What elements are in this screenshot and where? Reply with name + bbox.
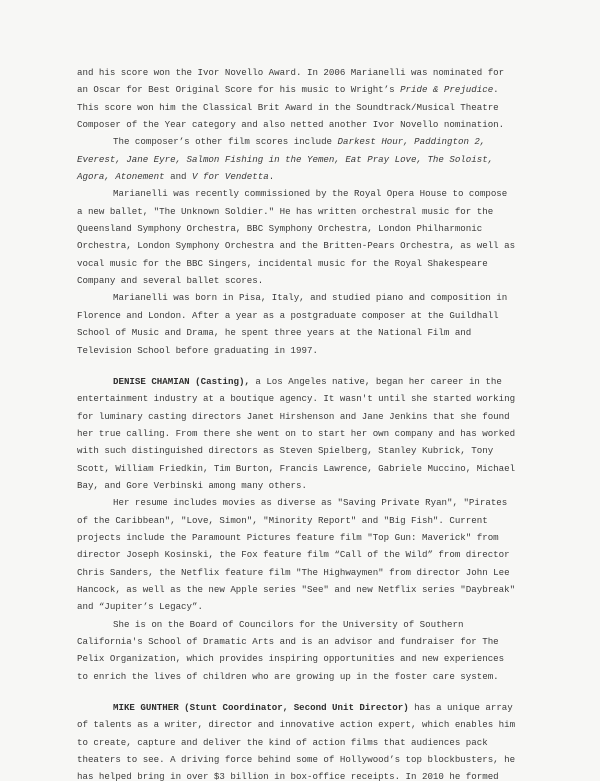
text-line: Marianelli was recently commissioned by … <box>77 185 537 202</box>
text-line: Everest, Jane Eyre, Salmon Fishing in th… <box>77 151 537 168</box>
text-run: and “Jupiter’s Legacy”. <box>77 601 203 612</box>
bold-name-heading: MIKE GUNTHER (Stunt Coordinator, Second … <box>113 702 409 713</box>
text-line: and “Jupiter’s Legacy”. <box>77 598 537 615</box>
text-run: her true calling. From there she went on… <box>77 428 515 439</box>
text-line: Orchestra, London Symphony Orchestra and… <box>77 237 537 254</box>
text-run: Television School before graduating in 1… <box>77 345 318 356</box>
text-line: Scott, William Friedkin, Tim Burton, Fra… <box>77 460 537 477</box>
text-run: a Los Angeles native, began her career i… <box>250 376 502 387</box>
text-run: . <box>493 84 498 95</box>
paragraph-gap <box>77 685 537 699</box>
text-run: and his score won the Ivor Novello Award… <box>77 67 504 78</box>
paragraph-chamian-resume: Her resume includes movies as diverse as… <box>77 494 537 615</box>
text-line: She is on the Board of Councilors for th… <box>77 616 537 633</box>
bold-name-heading: DENISE CHAMIAN (Casting), <box>113 376 250 387</box>
italic-title: V for Vendetta <box>192 171 269 182</box>
text-run: Composer of the Year category and also n… <box>77 119 504 130</box>
paragraph-marianelli-film-scores: The composer’s other film scores include… <box>77 133 537 185</box>
text-line: of the Caribbean", "Love, Simon", "Minor… <box>77 512 537 529</box>
text-line: School of Music and Drama, he spent thre… <box>77 324 537 341</box>
text-run: Bay, and Gore Verbinski among many other… <box>77 480 307 491</box>
text-line: a new ballet, "The Unknown Soldier." He … <box>77 203 537 220</box>
text-line: of talents as a writer, director and inn… <box>77 716 537 733</box>
text-line: DENISE CHAMIAN (Casting), a Los Angeles … <box>77 373 537 390</box>
text-run: . <box>269 171 274 182</box>
text-line: Pelix Organization, which provides inspi… <box>77 650 537 667</box>
text-run: to enrich the lives of children who are … <box>77 671 499 682</box>
text-line: to enrich the lives of children who are … <box>77 668 537 685</box>
scanned-document-page: and his score won the Ivor Novello Award… <box>0 0 600 781</box>
text-run: vocal music for the BBC Singers, inciden… <box>77 258 488 269</box>
paragraph-marianelli-awards: and his score won the Ivor Novello Award… <box>77 64 537 133</box>
italic-title: Darkest Hour, Paddington 2, <box>338 136 486 147</box>
text-line: Florence and London. After a year as a p… <box>77 307 537 324</box>
text-line: her true calling. From there she went on… <box>77 425 537 442</box>
text-line: projects include the Paramount Pictures … <box>77 529 537 546</box>
text-line: theaters to see. A driving force behind … <box>77 751 537 768</box>
text-run: Company and several ballet scores. <box>77 275 263 286</box>
text-run: a new ballet, "The Unknown Soldier." He … <box>77 206 493 217</box>
text-run: to create, capture and deliver the kind … <box>77 737 488 748</box>
italic-title: Everest, Jane Eyre, Salmon Fishing in th… <box>77 154 493 165</box>
text-run: has a unique array <box>409 702 513 713</box>
text-run: She is on the Board of Councilors for th… <box>113 619 463 630</box>
paragraph-chamian-boards: She is on the Board of Councilors for th… <box>77 616 537 685</box>
paragraph-gunther-intro: MIKE GUNTHER (Stunt Coordinator, Second … <box>77 699 537 781</box>
text-run: of talents as a writer, director and inn… <box>77 719 515 730</box>
text-line: Television School before graduating in 1… <box>77 342 537 359</box>
text-run: theaters to see. A driving force behind … <box>77 754 515 765</box>
document-body: and his score won the Ivor Novello Award… <box>77 64 537 781</box>
text-line: and his score won the Ivor Novello Award… <box>77 64 537 81</box>
text-line: Marianelli was born in Pisa, Italy, and … <box>77 289 537 306</box>
text-line: with such distinguished directors as Ste… <box>77 442 537 459</box>
text-line: This score won him the Classical Brit Aw… <box>77 99 537 116</box>
text-run: Her resume includes movies as diverse as… <box>113 497 507 508</box>
text-run: This score won him the Classical Brit Aw… <box>77 102 499 113</box>
text-line: Agora, Atonement and V for Vendetta. <box>77 168 537 185</box>
text-line: to create, capture and deliver the kind … <box>77 734 537 751</box>
text-run: Chris Sanders, the Netflix feature film … <box>77 567 510 578</box>
text-run: of the Caribbean", "Love, Simon", "Minor… <box>77 515 488 526</box>
text-run: Scott, William Friedkin, Tim Burton, Fra… <box>77 463 515 474</box>
text-line: Her resume includes movies as diverse as… <box>77 494 537 511</box>
text-run: Pelix Organization, which provides inspi… <box>77 653 504 664</box>
text-run: Hancock, as well as the new Apple series… <box>77 584 515 595</box>
italic-title: Agora, Atonement <box>77 171 165 182</box>
text-run: entertainment industry at a boutique age… <box>77 393 515 404</box>
text-run: has helped bring in over $3 billion in b… <box>77 771 499 781</box>
text-line: Composer of the Year category and also n… <box>77 116 537 133</box>
text-line: Company and several ballet scores. <box>77 272 537 289</box>
text-run: an Oscar for Best Original Score for his… <box>77 84 400 95</box>
text-line: The composer’s other film scores include… <box>77 133 537 150</box>
text-run: California's School of Dramatic Arts and… <box>77 636 499 647</box>
text-line: for luminary casting directors Janet Hir… <box>77 408 537 425</box>
text-run: and <box>165 171 192 182</box>
text-run: for luminary casting directors Janet Hir… <box>77 411 510 422</box>
text-line: an Oscar for Best Original Score for his… <box>77 81 537 98</box>
paragraph-gap <box>77 359 537 373</box>
text-line: MIKE GUNTHER (Stunt Coordinator, Second … <box>77 699 537 716</box>
text-run: Queensland Symphony Orchestra, BBC Symph… <box>77 223 482 234</box>
text-run: Marianelli was recently commissioned by … <box>113 188 507 199</box>
text-run: with such distinguished directors as Ste… <box>77 445 493 456</box>
text-run: Marianelli was born in Pisa, Italy, and … <box>113 292 507 303</box>
text-line: Hancock, as well as the new Apple series… <box>77 581 537 598</box>
text-run: Florence and London. After a year as a p… <box>77 310 499 321</box>
text-line: Bay, and Gore Verbinski among many other… <box>77 477 537 494</box>
text-line: Chris Sanders, the Netflix feature film … <box>77 564 537 581</box>
paragraph-marianelli-commissions: Marianelli was recently commissioned by … <box>77 185 537 289</box>
italic-title: Pride & Prejudice <box>400 84 493 95</box>
text-line: vocal music for the BBC Singers, inciden… <box>77 255 537 272</box>
text-run: Orchestra, London Symphony Orchestra and… <box>77 240 515 251</box>
text-run: projects include the Paramount Pictures … <box>77 532 499 543</box>
paragraph-chamian-intro: DENISE CHAMIAN (Casting), a Los Angeles … <box>77 373 537 494</box>
text-line: director Joseph Kosinski, the Fox featur… <box>77 546 537 563</box>
text-line: Queensland Symphony Orchestra, BBC Symph… <box>77 220 537 237</box>
text-run: School of Music and Drama, he spent thre… <box>77 327 471 338</box>
text-line: entertainment industry at a boutique age… <box>77 390 537 407</box>
text-line: California's School of Dramatic Arts and… <box>77 633 537 650</box>
text-line: has helped bring in over $3 billion in b… <box>77 768 537 781</box>
paragraph-marianelli-education: Marianelli was born in Pisa, Italy, and … <box>77 289 537 358</box>
text-run: The composer’s other film scores include <box>113 136 338 147</box>
text-run: director Joseph Kosinski, the Fox featur… <box>77 549 510 560</box>
